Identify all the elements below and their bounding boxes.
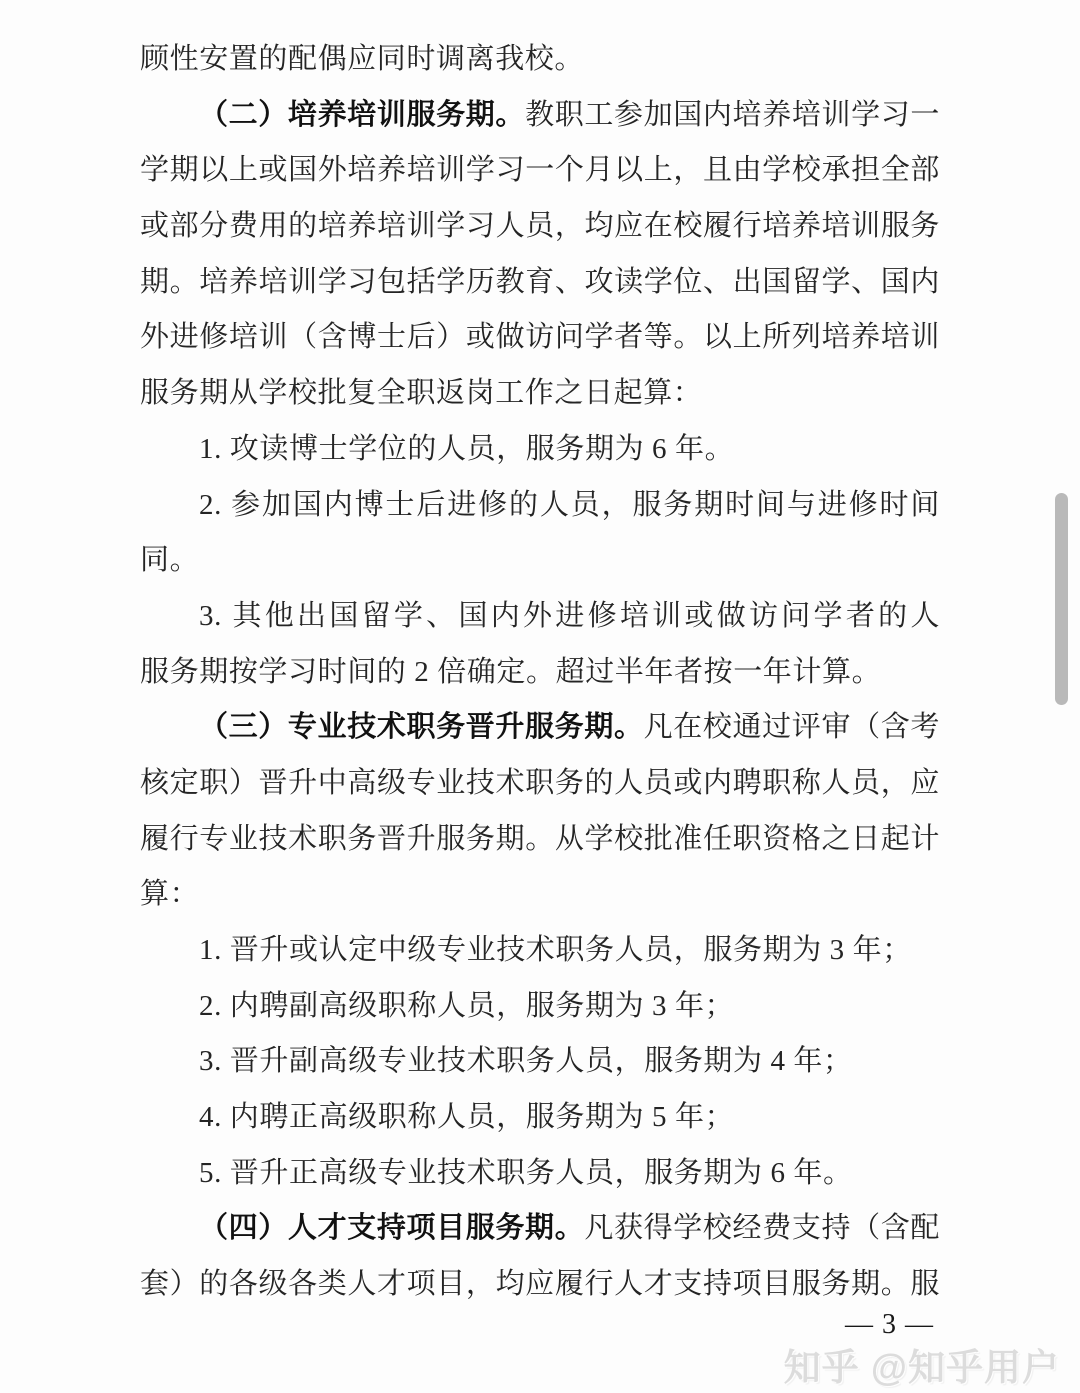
line-text: 期。培养培训学习包括学历教育、攻读学位、出国留学、国内 xyxy=(140,266,940,298)
line-text: 4. 内聘正高级职称人员，服务期为 5 年； xyxy=(199,1101,734,1133)
line-text: 2. 内聘副高级职称人员，服务期为 3 年； xyxy=(199,990,734,1022)
line-text: 套）的各级各类人才项目，均应履行人才支持项目服务期。服 xyxy=(140,1268,940,1300)
text-line: 顾性安置的配偶应同时调离我校。 xyxy=(140,32,940,88)
line-text: 凡获得学校经费支持（含配 xyxy=(584,1212,940,1244)
line-text: 顾性安置的配偶应同时调离我校。 xyxy=(140,43,584,75)
line-text: 2. 参加国内博士后进修的人员，服务期时间与进修时间等 xyxy=(199,489,940,534)
line-text: 服务期按学习时间的 2 倍确定。超过半年者按一年计算。 xyxy=(140,656,881,688)
line-text: 教职工参加国内培养培训学习一 xyxy=(525,99,940,131)
line-text: 履行专业技术职务晋升服务期。从学校批准任职资格之日起计 xyxy=(140,823,940,855)
line-text: 同。 xyxy=(140,544,199,576)
text-line: 服务期从学校批复全职返岗工作之日起算： xyxy=(140,366,940,422)
document-body: 顾性安置的配偶应同时调离我校。（二）培养培训服务期。教职工参加国内培养培训学习一… xyxy=(140,32,940,1313)
line-text: 外进修培训（含博士后）或做访问学者等。以上所列培养培训 xyxy=(140,321,940,353)
text-line: 或部分费用的培养培训学习人员，均应在校履行培养培训服务 xyxy=(140,199,940,255)
text-line: 履行专业技术职务晋升服务期。从学校批准任职资格之日起计 xyxy=(140,812,940,868)
text-line: 2. 参加国内博士后进修的人员，服务期时间与进修时间等 xyxy=(140,478,940,534)
section-heading: （二）培养培训服务期。 xyxy=(199,99,525,131)
text-line: 3. 其他出国留学、国内外进修培训或做访问学者的人员， xyxy=(140,589,940,645)
line-text: 学期以上或国外培养培训学习一个月以上，且由学校承担全部 xyxy=(140,154,940,186)
zhihu-watermark: 知乎 @知乎用户 xyxy=(784,1337,1060,1391)
line-text: 5. 晋升正高级专业技术职务人员，服务期为 6 年。 xyxy=(199,1157,853,1189)
line-text: 服务期从学校批复全职返岗工作之日起算： xyxy=(140,377,702,409)
line-text: 1. 攻读博士学位的人员，服务期为 6 年。 xyxy=(199,433,734,465)
text-line: （二）培养培训服务期。教职工参加国内培养培训学习一 xyxy=(140,88,940,144)
text-line: 同。 xyxy=(140,533,940,589)
section-heading: （四）人才支持项目服务期。 xyxy=(199,1212,584,1244)
text-line: 服务期按学习时间的 2 倍确定。超过半年者按一年计算。 xyxy=(140,645,940,701)
line-text: 凡在校通过评审（含考 xyxy=(644,711,940,743)
text-line: 学期以上或国外培养培训学习一个月以上，且由学校承担全部 xyxy=(140,143,940,199)
line-text: 核定职）晋升中高级专业技术职务的人员或内聘职称人员，应 xyxy=(140,767,940,799)
text-line: （三）专业技术职务晋升服务期。凡在校通过评审（含考 xyxy=(140,700,940,756)
line-text: 3. 晋升副高级专业技术职务人员，服务期为 4 年； xyxy=(199,1045,853,1077)
text-line: 期。培养培训学习包括学历教育、攻读学位、出国留学、国内 xyxy=(140,255,940,311)
text-line: 4. 内聘正高级职称人员，服务期为 5 年； xyxy=(140,1090,940,1146)
text-line: 核定职）晋升中高级专业技术职务的人员或内聘职称人员，应 xyxy=(140,756,940,812)
text-line: 5. 晋升正高级专业技术职务人员，服务期为 6 年。 xyxy=(140,1146,940,1202)
document-page: { "page": { "background": "#fdfdfd", "te… xyxy=(0,0,1080,1393)
text-line: 外进修培训（含博士后）或做访问学者等。以上所列培养培训 xyxy=(140,310,940,366)
line-text: 算： xyxy=(140,878,199,910)
text-line: 套）的各级各类人才项目，均应履行人才支持项目服务期。服 xyxy=(140,1257,940,1313)
text-line: 算： xyxy=(140,867,940,923)
text-line: 1. 攻读博士学位的人员，服务期为 6 年。 xyxy=(140,422,940,478)
line-text: 3. 其他出国留学、国内外进修培训或做访问学者的人员， xyxy=(199,600,940,645)
text-line: 1. 晋升或认定中级专业技术职务人员，服务期为 3 年； xyxy=(140,923,940,979)
text-line: （四）人才支持项目服务期。凡获得学校经费支持（含配 xyxy=(140,1201,940,1257)
section-heading: （三）专业技术职务晋升服务期。 xyxy=(199,711,644,743)
line-text: 或部分费用的培养培训学习人员，均应在校履行培养培训服务 xyxy=(140,210,940,242)
line-text: 1. 晋升或认定中级专业技术职务人员，服务期为 3 年； xyxy=(199,934,912,966)
text-line: 3. 晋升副高级专业技术职务人员，服务期为 4 年； xyxy=(140,1034,940,1090)
text-line: 2. 内聘副高级职称人员，服务期为 3 年； xyxy=(140,979,940,1035)
scrollbar-thumb[interactable] xyxy=(1055,493,1068,705)
page-number: — 3 — xyxy=(845,1309,934,1341)
